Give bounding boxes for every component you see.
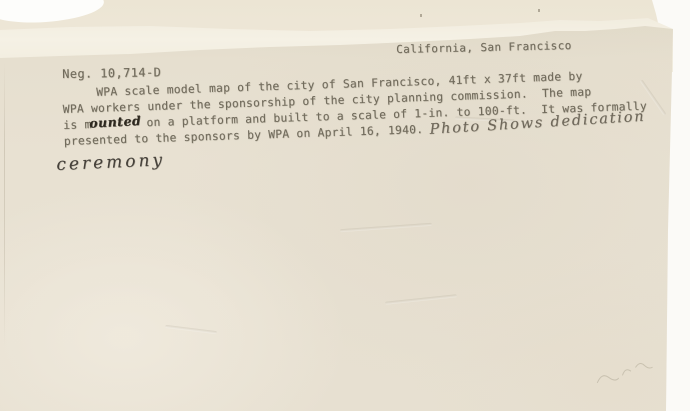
paper-speck [420, 14, 422, 17]
header-location: California, San Francisco [396, 39, 572, 56]
paper-crease [340, 223, 432, 232]
negative-number: Neg. 10,714-D [62, 65, 161, 81]
paper-crease [4, 62, 5, 347]
paper-crease [165, 325, 217, 334]
handwritten-correction: ounted [89, 113, 142, 131]
paper-crease [385, 294, 457, 305]
faint-pencil-scribble [590, 351, 660, 394]
caption-line-3-typed-start: is m [63, 118, 92, 132]
paper-speck [538, 9, 540, 12]
caption-card-paper: California, San Francisco Neg. 10,714-D … [0, 0, 690, 411]
handwritten-note-ceremony: ceremony [56, 150, 165, 175]
scanned-caption-card: California, San Francisco Neg. 10,714-D … [0, 0, 690, 411]
